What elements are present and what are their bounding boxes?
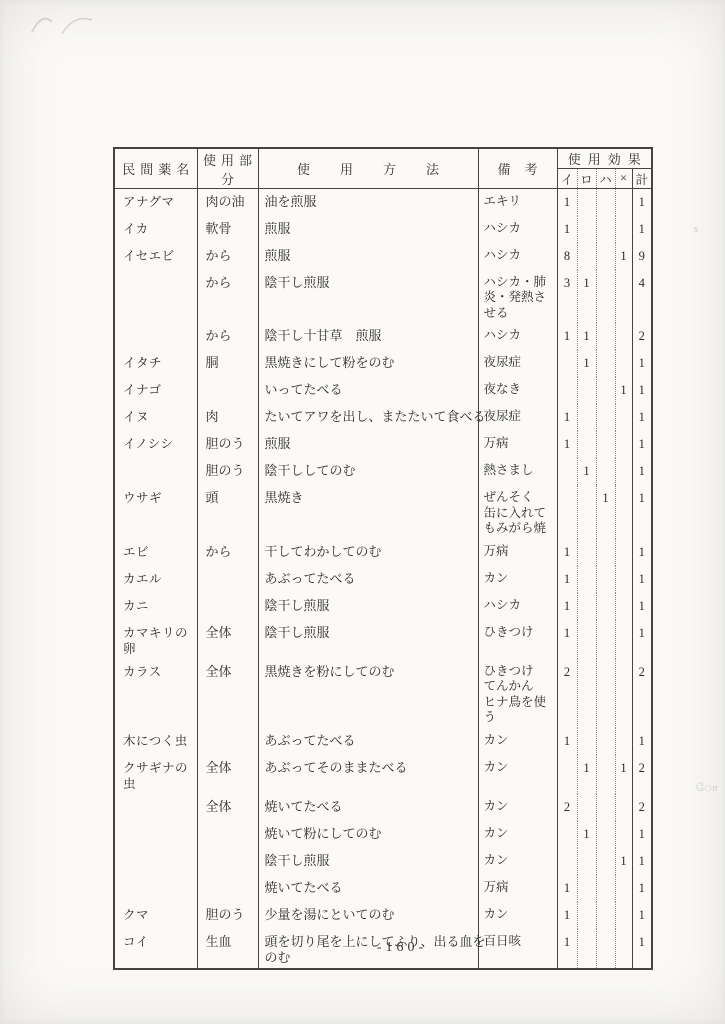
cell-medicine-name: カニ [114, 593, 197, 620]
column-header-part: 使用部分 [197, 148, 258, 189]
cell-effect-ha [596, 216, 615, 243]
table-row: イナゴいってたべる夜なき11 [114, 377, 652, 404]
cell-effect-x [615, 875, 632, 902]
cell-effect-i: 2 [557, 794, 577, 821]
cell-effect-x [615, 929, 632, 969]
cell-effect-total: 1 [632, 189, 652, 216]
cell-usage-method: 焼いてたべる [258, 875, 478, 902]
cell-remark: 夜なき [478, 377, 557, 404]
cell-effect-ha [596, 539, 615, 566]
cell-remark: カン [478, 848, 557, 875]
cell-effect-ha [596, 755, 615, 794]
cell-effect-ha [596, 848, 615, 875]
cell-effect-i: 1 [557, 189, 577, 216]
cell-usage-method: 黒焼きを粉にしてのむ [258, 659, 478, 728]
cell-effect-i: 3 [557, 270, 577, 324]
scan-artifact [28, 6, 98, 42]
table-body: アナグマ肉の油油を煎服エキリ11イカ軟骨煎服ハシカ11イセエビから煎服ハシカ81… [114, 189, 652, 969]
cell-effect-ro [577, 848, 596, 875]
cell-remark: カン [478, 902, 557, 929]
effect-subheader-total: 計 [632, 169, 652, 189]
cell-medicine-name: カラス [114, 659, 197, 728]
cell-remark: ハシカ [478, 323, 557, 350]
cell-used-part: から [197, 539, 258, 566]
cell-used-part: 生血 [197, 929, 258, 969]
cell-effect-ha [596, 728, 615, 755]
table-row: 胆のう陰干ししてのむ熱さまし11 [114, 458, 652, 485]
cell-effect-total: 1 [632, 728, 652, 755]
cell-used-part: から [197, 323, 258, 350]
cell-effect-total: 1 [632, 485, 652, 539]
cell-effect-ro [577, 485, 596, 539]
table-row: 焼いてたべる万病11 [114, 875, 652, 902]
effect-subheader-x: × [615, 169, 632, 189]
cell-effect-x [615, 794, 632, 821]
cell-medicine-name: カマキリの卵 [114, 620, 197, 659]
cell-effect-total: 1 [632, 620, 652, 659]
scanned-document-page: s ோ 民間薬名 使用部分 使用方法 備考 使用効果 イ ロ ハ × 計 アナグ… [0, 0, 725, 1024]
cell-effect-ha [596, 404, 615, 431]
cell-effect-ha [596, 902, 615, 929]
cell-effect-i [557, 485, 577, 539]
table-row: 木につく虫あぶってたべるカン11 [114, 728, 652, 755]
cell-effect-total: 2 [632, 755, 652, 794]
cell-effect-total: 1 [632, 377, 652, 404]
cell-effect-ro [577, 377, 596, 404]
cell-used-part: 全体 [197, 620, 258, 659]
cell-used-part: から [197, 270, 258, 324]
effect-subheader-i: イ [557, 169, 577, 189]
cell-medicine-name [114, 458, 197, 485]
cell-remark: カン [478, 566, 557, 593]
cell-used-part: 全体 [197, 755, 258, 794]
cell-effect-ha [596, 458, 615, 485]
cell-effect-x [615, 485, 632, 539]
cell-effect-x: 1 [615, 848, 632, 875]
cell-effect-total: 2 [632, 323, 652, 350]
cell-effect-i: 1 [557, 566, 577, 593]
table-row: から陰干し十甘草 煎服ハシカ112 [114, 323, 652, 350]
table-row: イノシシ胆のう煎服万病11 [114, 431, 652, 458]
cell-effect-ha [596, 323, 615, 350]
cell-effect-total: 1 [632, 539, 652, 566]
column-header-name: 民間薬名 [114, 148, 197, 189]
cell-usage-method: 油を煎服 [258, 189, 478, 216]
cell-effect-ro: 1 [577, 458, 596, 485]
cell-effect-x [615, 593, 632, 620]
table-row: クマ胆のう少量を湯にといてのむカン11 [114, 902, 652, 929]
cell-effect-ha [596, 659, 615, 728]
cell-effect-total: 1 [632, 404, 652, 431]
cell-usage-method: 煎服 [258, 243, 478, 270]
cell-effect-ha [596, 189, 615, 216]
scan-artifact: ோ [696, 782, 718, 796]
cell-remark: 万病 [478, 431, 557, 458]
cell-remark: ハシカ [478, 243, 557, 270]
cell-effect-ro [577, 875, 596, 902]
cell-effect-ro: 1 [577, 323, 596, 350]
cell-usage-method: 焼いてたべる [258, 794, 478, 821]
cell-usage-method: 煎服 [258, 431, 478, 458]
cell-effect-i: 1 [557, 728, 577, 755]
cell-effect-i: 1 [557, 539, 577, 566]
cell-remark: ハシカ・肺炎・発熱させる [478, 270, 557, 324]
table-row: アナグマ肉の油油を煎服エキリ11 [114, 189, 652, 216]
cell-medicine-name [114, 323, 197, 350]
cell-used-part: 胆のう [197, 458, 258, 485]
cell-effect-ha [596, 620, 615, 659]
cell-effect-x [615, 189, 632, 216]
cell-effect-ro [577, 216, 596, 243]
cell-used-part [197, 728, 258, 755]
cell-effect-i: 2 [557, 659, 577, 728]
cell-usage-method: あぶってたべる [258, 566, 478, 593]
cell-effect-i [557, 755, 577, 794]
table-row: カニ陰干し煎服ハシカ11 [114, 593, 652, 620]
cell-effect-i: 1 [557, 593, 577, 620]
cell-effect-total: 1 [632, 929, 652, 969]
cell-effect-ha [596, 929, 615, 969]
cell-effect-total: 1 [632, 458, 652, 485]
cell-usage-method: 陰干し煎服 [258, 593, 478, 620]
cell-effect-i: 1 [557, 216, 577, 243]
cell-effect-x [615, 539, 632, 566]
cell-effect-ha: 1 [596, 485, 615, 539]
cell-remark: カン [478, 821, 557, 848]
cell-used-part: 肉 [197, 404, 258, 431]
cell-usage-method: いってたべる [258, 377, 478, 404]
cell-effect-ro [577, 659, 596, 728]
cell-effect-i [557, 458, 577, 485]
cell-effect-x [615, 270, 632, 324]
cell-usage-method: 陰干し煎服 [258, 848, 478, 875]
effect-subheader-ha: ハ [596, 169, 615, 189]
cell-effect-ro [577, 902, 596, 929]
cell-usage-method: 黒焼き [258, 485, 478, 539]
cell-used-part: 胆のう [197, 902, 258, 929]
cell-medicine-name: アナグマ [114, 189, 197, 216]
cell-usage-method: 陰干し煎服 [258, 270, 478, 324]
cell-medicine-name [114, 848, 197, 875]
cell-remark: 百日咳 [478, 929, 557, 969]
cell-effect-i: 1 [557, 875, 577, 902]
cell-effect-x [615, 902, 632, 929]
cell-effect-ro: 1 [577, 270, 596, 324]
cell-effect-ro [577, 243, 596, 270]
cell-used-part: 全体 [197, 794, 258, 821]
cell-effect-x [615, 404, 632, 431]
cell-medicine-name: コイ [114, 929, 197, 969]
cell-usage-method: 黒焼きにして粉をのむ [258, 350, 478, 377]
cell-effect-ha [596, 243, 615, 270]
scan-artifact: s [694, 224, 698, 235]
column-header-remark: 備考 [478, 148, 557, 189]
cell-effect-x [615, 323, 632, 350]
cell-effect-ha [596, 593, 615, 620]
table-row: クサギナの虫全体あぶってそのままたべるカン112 [114, 755, 652, 794]
cell-effect-i: 1 [557, 323, 577, 350]
cell-effect-ro [577, 929, 596, 969]
cell-effect-total: 1 [632, 593, 652, 620]
cell-effect-ro [577, 728, 596, 755]
table-row: イセエビから煎服ハシカ819 [114, 243, 652, 270]
cell-medicine-name: クマ [114, 902, 197, 929]
cell-medicine-name [114, 821, 197, 848]
table-row: から陰干し煎服ハシカ・肺炎・発熱させる314 [114, 270, 652, 324]
table-row: エビから干してわかしてのむ万病11 [114, 539, 652, 566]
cell-medicine-name [114, 270, 197, 324]
cell-used-part: から [197, 243, 258, 270]
cell-effect-x [615, 620, 632, 659]
cell-effect-total: 1 [632, 566, 652, 593]
cell-effect-ro [577, 593, 596, 620]
cell-effect-ro: 1 [577, 821, 596, 848]
cell-used-part [197, 566, 258, 593]
table-row: 焼いて粉にしてのむカン11 [114, 821, 652, 848]
cell-usage-method: あぶってたべる [258, 728, 478, 755]
cell-effect-ro [577, 431, 596, 458]
cell-effect-ha [596, 566, 615, 593]
cell-remark: ひきつけ てんかん ヒナ鳥を使う [478, 659, 557, 728]
cell-effect-x [615, 566, 632, 593]
cell-effect-x: 1 [615, 377, 632, 404]
cell-remark: カン [478, 794, 557, 821]
cell-medicine-name: カエル [114, 566, 197, 593]
cell-usage-method: 陰干ししてのむ [258, 458, 478, 485]
cell-effect-x [615, 728, 632, 755]
cell-effect-ro: 1 [577, 755, 596, 794]
cell-usage-method: 陰干し十甘草 煎服 [258, 323, 478, 350]
cell-effect-i: 8 [557, 243, 577, 270]
table-row: イタチ胴黒焼きにして粉をのむ夜尿症11 [114, 350, 652, 377]
cell-effect-ha [596, 794, 615, 821]
cell-usage-method: 干してわかしてのむ [258, 539, 478, 566]
cell-usage-method: 焼いて粉にしてのむ [258, 821, 478, 848]
cell-remark: 万病 [478, 539, 557, 566]
cell-medicine-name [114, 794, 197, 821]
table-row: 全体焼いてたべるカン22 [114, 794, 652, 821]
cell-medicine-name: エビ [114, 539, 197, 566]
cell-effect-ro [577, 566, 596, 593]
cell-medicine-name: イセエビ [114, 243, 197, 270]
cell-effect-ro: 1 [577, 350, 596, 377]
table-row: カエルあぶってたべるカン11 [114, 566, 652, 593]
cell-remark: 万病 [478, 875, 557, 902]
cell-used-part [197, 821, 258, 848]
cell-effect-i: 1 [557, 929, 577, 969]
cell-effect-ha [596, 821, 615, 848]
cell-effect-x: 1 [615, 243, 632, 270]
cell-effect-total: 4 [632, 270, 652, 324]
cell-effect-x: 1 [615, 755, 632, 794]
cell-remark: 夜尿症 [478, 404, 557, 431]
cell-effect-i: 1 [557, 902, 577, 929]
cell-effect-total: 1 [632, 875, 652, 902]
cell-used-part [197, 593, 258, 620]
cell-used-part: 肉の油 [197, 189, 258, 216]
column-header-effect: 使用効果 [557, 148, 652, 169]
cell-remark: 熱さまし [478, 458, 557, 485]
cell-effect-i [557, 821, 577, 848]
cell-remark: ハシカ [478, 593, 557, 620]
page-number: -160- [377, 940, 427, 956]
cell-usage-method: あぶってそのままたべる [258, 755, 478, 794]
cell-used-part: 軟骨 [197, 216, 258, 243]
cell-effect-ha [596, 875, 615, 902]
cell-effect-total: 1 [632, 216, 652, 243]
cell-effect-ro [577, 794, 596, 821]
cell-effect-ro [577, 189, 596, 216]
cell-remark: ひきつけ [478, 620, 557, 659]
cell-medicine-name: 木につく虫 [114, 728, 197, 755]
cell-effect-total: 2 [632, 659, 652, 728]
cell-effect-total: 2 [632, 794, 652, 821]
folk-medicine-table: 民間薬名 使用部分 使用方法 備考 使用効果 イ ロ ハ × 計 アナグマ肉の油… [113, 147, 653, 970]
cell-medicine-name: イヌ [114, 404, 197, 431]
cell-medicine-name: イノシシ [114, 431, 197, 458]
column-header-method: 使用方法 [258, 148, 478, 189]
cell-remark: カン [478, 755, 557, 794]
cell-usage-method: 陰干し煎服 [258, 620, 478, 659]
cell-usage-method: 頭を切り尾を上にしてふり、出る血を のむ [258, 929, 478, 969]
cell-effect-total: 9 [632, 243, 652, 270]
cell-effect-i [557, 377, 577, 404]
cell-effect-ro [577, 539, 596, 566]
cell-used-part [197, 848, 258, 875]
table-row: ウサギ頭黒焼きぜんそく 缶に入れて もみがら焼11 [114, 485, 652, 539]
cell-used-part: 胴 [197, 350, 258, 377]
cell-effect-ha [596, 377, 615, 404]
cell-effect-i: 1 [557, 620, 577, 659]
cell-effect-total: 1 [632, 848, 652, 875]
cell-medicine-name: クサギナの虫 [114, 755, 197, 794]
cell-effect-x [615, 431, 632, 458]
cell-medicine-name: イナゴ [114, 377, 197, 404]
cell-effect-ha [596, 431, 615, 458]
cell-usage-method: 少量を湯にといてのむ [258, 902, 478, 929]
cell-effect-ro [577, 404, 596, 431]
cell-used-part: 頭 [197, 485, 258, 539]
cell-remark: ハシカ [478, 216, 557, 243]
cell-remark: カン [478, 728, 557, 755]
table-header: 民間薬名 使用部分 使用方法 備考 使用効果 イ ロ ハ × 計 [114, 148, 652, 189]
cell-used-part [197, 875, 258, 902]
cell-effect-ha [596, 350, 615, 377]
table-row: イヌ肉たいてアワを出し、またたいて食べる夜尿症11 [114, 404, 652, 431]
cell-effect-total: 1 [632, 350, 652, 377]
cell-effect-x [615, 458, 632, 485]
cell-effect-ha [596, 270, 615, 324]
cell-effect-x [615, 821, 632, 848]
cell-effect-ro [577, 620, 596, 659]
cell-usage-method: たいてアワを出し、またたいて食べる [258, 404, 478, 431]
cell-used-part: 胆のう [197, 431, 258, 458]
table-row: イカ軟骨煎服ハシカ11 [114, 216, 652, 243]
cell-effect-x [615, 216, 632, 243]
cell-remark: ぜんそく 缶に入れて もみがら焼 [478, 485, 557, 539]
cell-effect-total: 1 [632, 902, 652, 929]
cell-medicine-name: イカ [114, 216, 197, 243]
cell-effect-total: 1 [632, 431, 652, 458]
cell-used-part: 全体 [197, 659, 258, 728]
cell-medicine-name [114, 875, 197, 902]
cell-medicine-name: イタチ [114, 350, 197, 377]
cell-remark: 夜尿症 [478, 350, 557, 377]
cell-effect-x [615, 350, 632, 377]
cell-effect-i [557, 848, 577, 875]
table-row: 陰干し煎服カン11 [114, 848, 652, 875]
cell-used-part [197, 377, 258, 404]
cell-medicine-name: ウサギ [114, 485, 197, 539]
cell-effect-x [615, 659, 632, 728]
table-row: カマキリの卵全体陰干し煎服ひきつけ11 [114, 620, 652, 659]
effect-subheader-ro: ロ [577, 169, 596, 189]
cell-effect-i: 1 [557, 431, 577, 458]
cell-effect-total: 1 [632, 821, 652, 848]
cell-usage-method: 煎服 [258, 216, 478, 243]
table-row: カラス全体黒焼きを粉にしてのむひきつけ てんかん ヒナ鳥を使う 22 [114, 659, 652, 728]
cell-effect-i: 1 [557, 404, 577, 431]
cell-effect-i [557, 350, 577, 377]
cell-remark: エキリ [478, 189, 557, 216]
